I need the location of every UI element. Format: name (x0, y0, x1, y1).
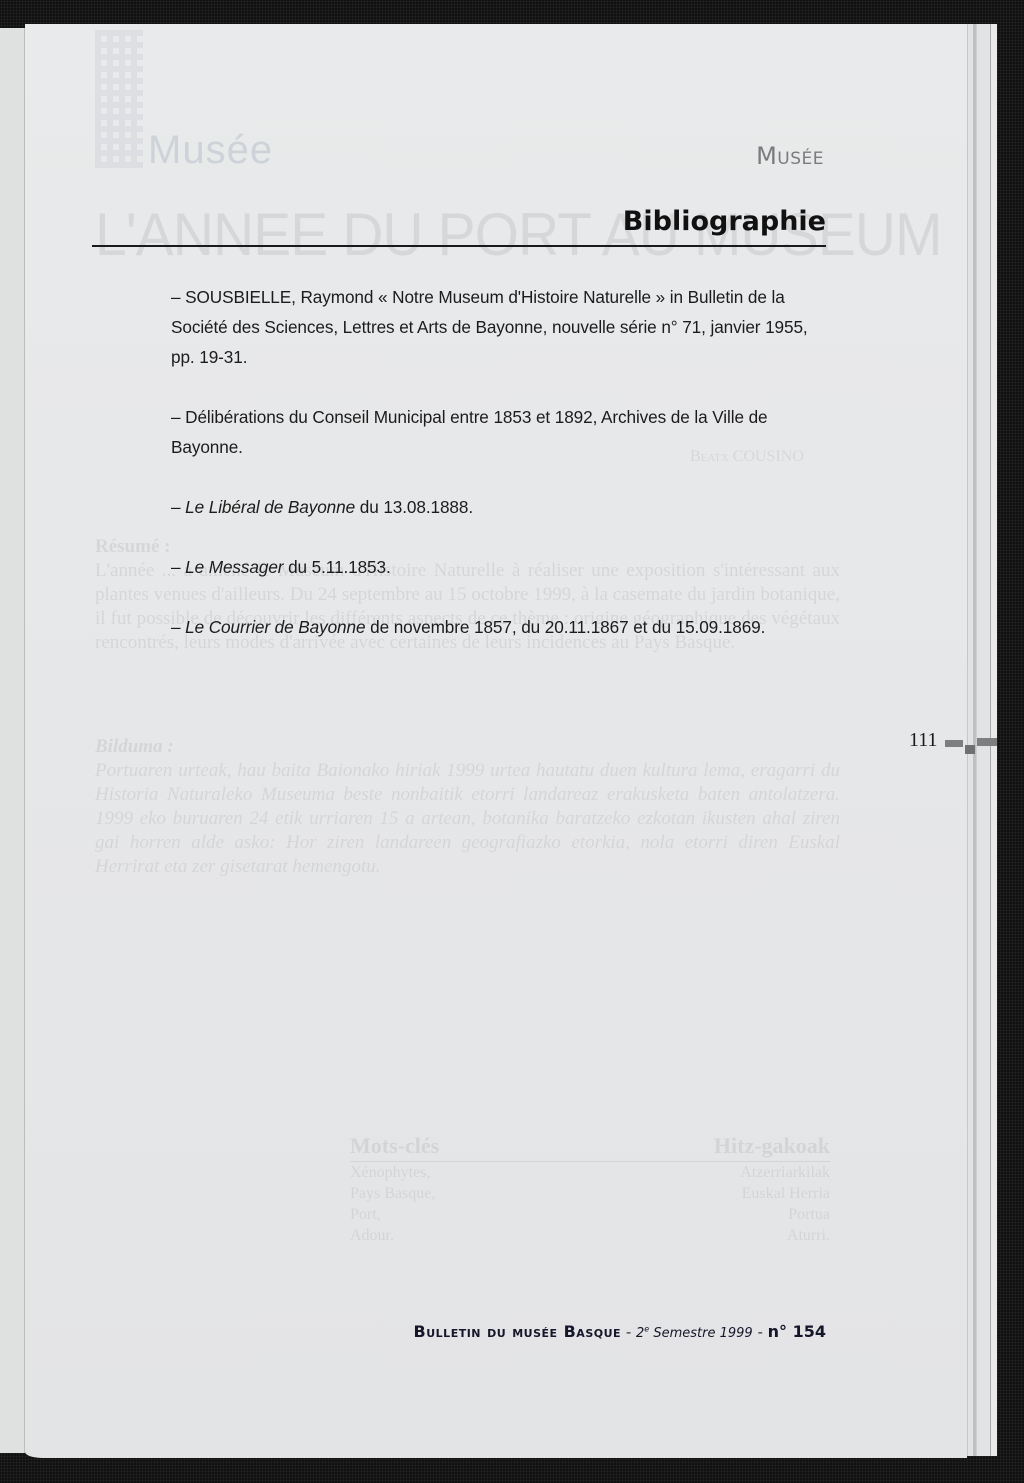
entry-dash: – (171, 287, 185, 307)
entry-text: du 5.11.1853. (283, 557, 390, 577)
document-page (25, 24, 967, 1458)
page-number: 111 (909, 729, 938, 752)
facing-page-edge (0, 28, 25, 1453)
bibliography-list: – SOUSBIELLE, Raymond « Notre Museum d'H… (171, 282, 831, 672)
entry-title-italic: Le Libéral de Bayonne (185, 497, 355, 517)
footer-issue-number: n° 154 (768, 1322, 826, 1341)
footer-semester-label: Semestre 1999 (649, 1326, 752, 1341)
bibliography-entry: – Le Libéral de Bayonne du 13.08.1888. (171, 492, 831, 522)
section-title: Bibliographie (623, 206, 826, 237)
page-tab-marker-icon (965, 745, 975, 754)
entry-dash: – (171, 497, 185, 517)
entry-text: de novembre 1857, du 20.11.1867 et du 15… (365, 617, 765, 637)
entry-title-italic: Le Courrier de Bayonne (185, 617, 365, 637)
entry-dash: – (171, 617, 185, 637)
entry-text: du 13.08.1888. (355, 497, 473, 517)
bibliography-entry: – SOUSBIELLE, Raymond « Notre Museum d'H… (171, 282, 831, 372)
running-head: Musée (756, 142, 824, 170)
entry-title-italic: Le Messager (185, 557, 283, 577)
page-tab-marker-icon (945, 740, 963, 747)
footer-bulletin-name: Bulletin du musée Basque (414, 1322, 622, 1341)
entry-text: SOUSBIELLE, Raymond « Notre Museum d'His… (171, 287, 808, 367)
footer-separator: - (621, 1323, 636, 1341)
footer-separator: - (753, 1323, 768, 1341)
page-tab-marker-icon (977, 738, 997, 746)
bibliography-entry: – Le Courrier de Bayonne de novembre 185… (171, 612, 831, 642)
entry-dash: – (171, 557, 185, 577)
footer-semester: 2e Semestre 1999 (636, 1326, 753, 1341)
bibliography-entry: – Le Messager du 5.11.1853. (171, 552, 831, 582)
entry-text: Délibérations du Conseil Municipal entre… (171, 407, 768, 457)
title-rule-divider (92, 245, 826, 247)
entry-dash: – (171, 407, 185, 427)
page-footer: Bulletin du musée Basque - 2e Semestre 1… (414, 1322, 826, 1341)
bibliography-entry: – Délibérations du Conseil Municipal ent… (171, 402, 831, 462)
